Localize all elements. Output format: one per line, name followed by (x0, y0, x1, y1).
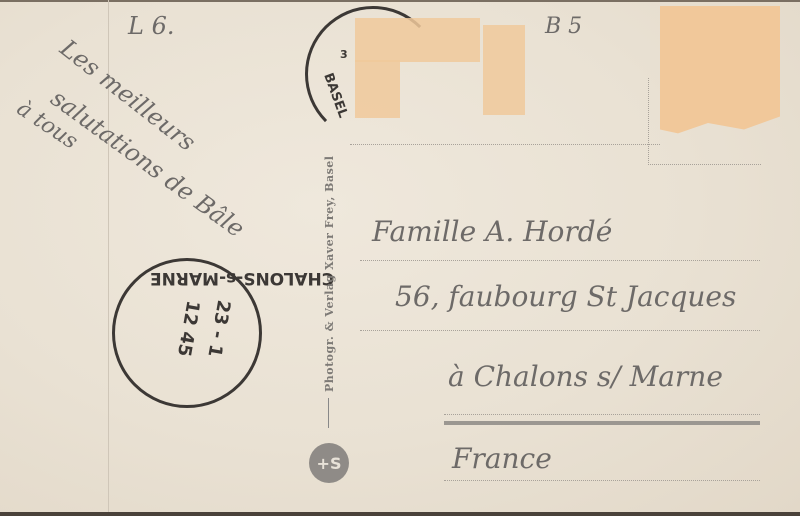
top-notation: B 5 (545, 14, 582, 39)
stamp-remnant-left-lower (355, 60, 400, 118)
address-rule-4 (444, 480, 760, 481)
corner-notation: L 6. (128, 12, 174, 40)
address-line-1: Famille A. Hordé (372, 215, 612, 248)
divider-line (328, 398, 329, 428)
card-bottom-edge (0, 512, 800, 516)
publisher-logo-icon: +S (309, 443, 349, 483)
card-top-edge (0, 0, 800, 2)
stamp-remnant-right (660, 6, 780, 136)
address-line-3: à Chalons s/ Marne (448, 360, 723, 393)
address-rule-2 (360, 330, 760, 331)
postmark-chalons-text: CHALONS-s-MARNE (150, 268, 334, 288)
address-rule-3 (444, 414, 760, 415)
address-rule-0 (350, 144, 660, 145)
publisher-imprint: Photogr. & Verlag Xaver Frey, Basel (323, 156, 336, 392)
stamp-remnant-left (355, 18, 480, 62)
address-thick-rule (444, 421, 760, 425)
address-rule-1 (360, 260, 760, 261)
address-line-2: 56, faubourg St Jacques (395, 280, 736, 313)
postmark-basel-digit: 3 (340, 48, 348, 61)
postcard: L 6. B 5 Les meilleurs salutations de Bâ… (0, 0, 800, 516)
stamp-remnant-middle (483, 25, 525, 115)
address-line-4: France (452, 442, 552, 475)
